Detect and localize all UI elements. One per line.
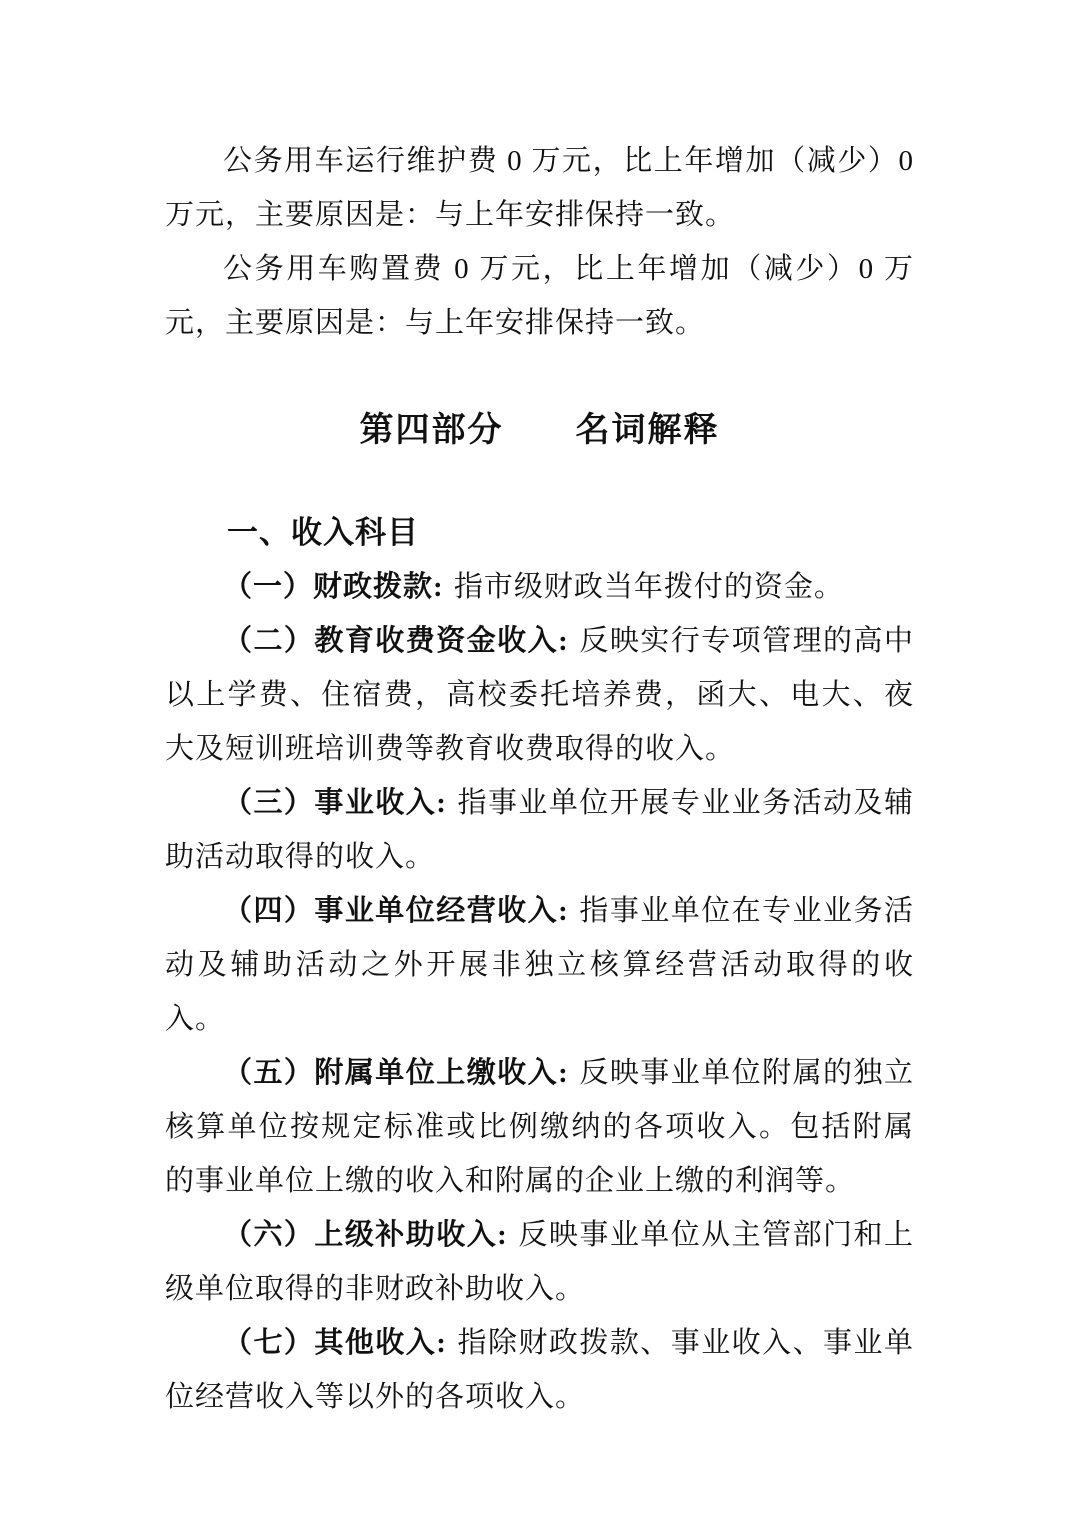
paragraph-vehicle-maintenance-fee: 公务用车运行维护费 0 万元，比上年增加（减少）0 万元，主要原因是：与上年安排…: [165, 134, 914, 242]
term-label: （二）教育收费资金收入:: [223, 625, 569, 657]
section-heading-part4: 第四部分 名词解释: [165, 400, 914, 460]
term-item-institution-income: （三）事业收入:指事业单位开展专业业务活动及辅助活动取得的收入。: [165, 776, 914, 884]
paragraph-vehicle-purchase-fee: 公务用车购置费 0 万元，比上年增加（减少）0 万元，主要原因是：与上年安排保持…: [165, 242, 914, 350]
term-label: （七）其他收入:: [223, 1327, 447, 1359]
term-definition: 指市级财政当年拨付的资金。: [454, 571, 844, 603]
term-item-superior-subsidy-income: （六）上级补助收入:反映事业单位从主管部门和上级单位取得的非财政补助收入。: [165, 1208, 914, 1316]
term-item-fiscal-appropriation: （一）财政拨款:指市级财政当年拨付的资金。: [165, 560, 914, 614]
term-item-affiliated-unit-remittance: （五）附属单位上缴收入:反映事业单位附属的独立核算单位按规定标准或比例缴纳的各项…: [165, 1046, 914, 1208]
term-item-institution-operating-income: （四）事业单位经营收入:指事业单位在专业业务活动及辅助活动之外开展非独立核算经营…: [165, 884, 914, 1046]
document-page: 公务用车运行维护费 0 万元，比上年增加（减少）0 万元，主要原因是：与上年安排…: [0, 0, 1074, 1520]
subsection-heading-income-subjects: 一、收入科目: [165, 506, 914, 560]
term-label: （三）事业收入:: [223, 787, 447, 819]
term-item-education-fee-income: （二）教育收费资金收入:反映实行专项管理的高中以上学费、住宿费，高校委托培养费，…: [165, 614, 914, 776]
term-label: （一）财政拨款:: [223, 571, 444, 603]
term-label: （六）上级补助收入:: [223, 1219, 508, 1251]
term-item-other-income: （七）其他收入:指除财政拨款、事业收入、事业单位经营收入等以外的各项收入。: [165, 1316, 914, 1424]
term-label: （五）附属单位上缴收入:: [223, 1057, 569, 1089]
term-label: （四）事业单位经营收入:: [223, 895, 569, 927]
